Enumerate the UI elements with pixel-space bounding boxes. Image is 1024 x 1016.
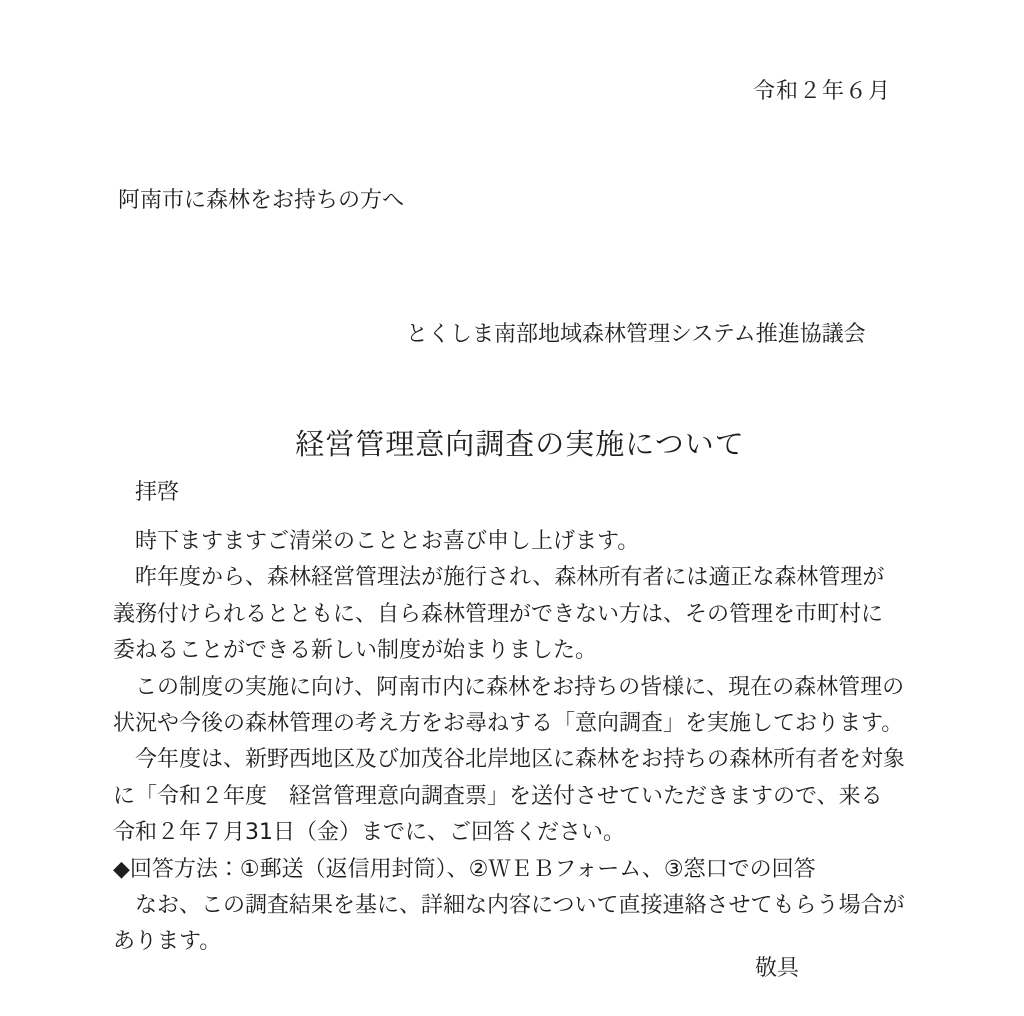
body-line: ◆回答方法：①郵送（返信用封筒）、②ＷＥＢフォーム、③窓口での回答: [113, 852, 963, 888]
recipient-line: 阿南市に森林をお持ちの方へ: [118, 183, 404, 214]
body-line: 委ねることができる新しい制度が始まりました。: [113, 633, 963, 669]
body-line: 状況や今後の森林管理の考え方をお尋ねする「意向調査」を実施しております。: [113, 706, 963, 742]
date-line: 令和２年６月: [753, 74, 891, 105]
body-line: 昨年度から、森林経営管理法が施行され、森林所有者には適正な森林管理が: [113, 560, 963, 596]
document-title: 経営管理意向調査の実施について: [16, 422, 1024, 463]
body-line: 時下ますますご清栄のこととお喜び申し上げます。: [113, 524, 963, 560]
body-line: この制度の実施に向け、阿南市内に森林をお持ちの皆様に、現在の森林管理の: [113, 670, 963, 706]
letter-body: 時下ますますご清栄のこととお喜び申し上げます。 昨年度から、森林経営管理法が施行…: [113, 524, 963, 961]
body-line: 今年度は、新野西地区及び加茂谷北岸地区に森林をお持ちの森林所有者を対象: [113, 742, 963, 778]
body-line: 義務付けられるとともに、自ら森林管理ができない方は、その管理を市町村に: [113, 597, 963, 633]
letter-page: 令和２年６月 阿南市に森林をお持ちの方へ とくしま南部地域森林管理システム推進協…: [0, 0, 1024, 1016]
closing: 敬具: [755, 951, 799, 982]
body-line: 令和２年７月31日（金）までに、ご回答ください。: [113, 815, 963, 851]
body-line: あります。: [113, 924, 963, 960]
body-line: に「令和２年度 経営管理意向調査票」を送付させていただきますので、来る: [113, 779, 963, 815]
salutation: 拝啓: [135, 475, 179, 506]
sender-line: とくしま南部地域森林管理システム推進協議会: [406, 317, 866, 348]
body-line: なお、この調査結果を基に、詳細な内容について直接連絡させてもらう場合が: [113, 888, 963, 924]
